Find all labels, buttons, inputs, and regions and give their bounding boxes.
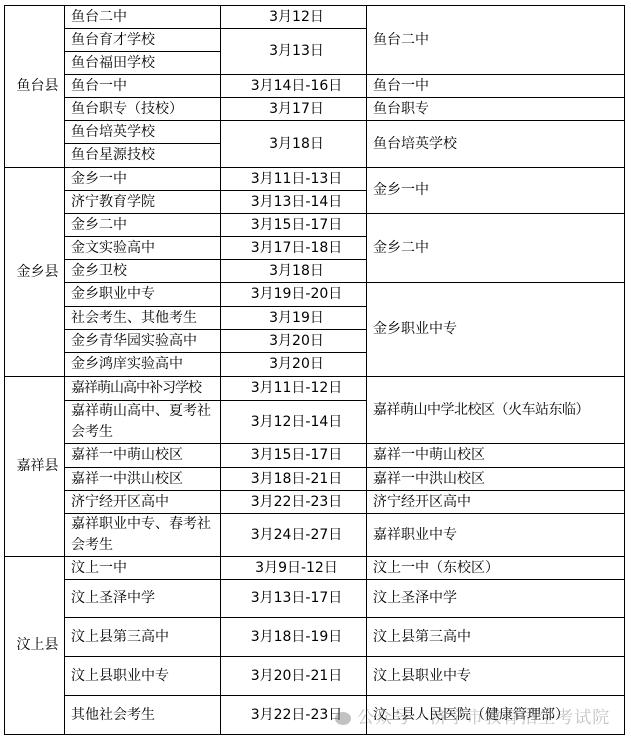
school-cell: 鱼台星源技校 <box>65 144 221 168</box>
date-cell: 3月15日-17日 <box>221 214 367 237</box>
date-cell: 3月18日 <box>221 121 367 168</box>
date-cell: 3月18日-21日 <box>221 468 367 491</box>
site-cell: 嘉祥萌山中学北校区（火车站东临） <box>367 377 625 444</box>
table-row: 鱼台一中 3月14日-16日 鱼台一中 <box>5 75 625 98</box>
watermark: 公众号 · 济宁市教育招生考试院 <box>335 703 610 728</box>
date-cell: 3月24日-27日 <box>221 514 367 557</box>
site-cell: 嘉祥一中洪山校区 <box>367 468 625 491</box>
site-cell: 鱼台一中 <box>367 75 625 98</box>
school-cell: 济宁教育学院 <box>65 191 221 214</box>
date-cell: 3月14日-16日 <box>221 75 367 98</box>
school-cell: 汶上县职业中专 <box>65 657 221 696</box>
school-cell: 嘉祥职业中专、春考社会考生 <box>65 514 221 557</box>
school-cell: 金乡卫校 <box>65 260 221 283</box>
site-cell: 汶上县职业中专 <box>367 657 625 696</box>
table-row: 嘉祥一中洪山校区 3月18日-21日 嘉祥一中洪山校区 <box>5 468 625 491</box>
site-cell: 嘉祥职业中专 <box>367 514 625 557</box>
site-cell: 金乡二中 <box>367 214 625 283</box>
watermark-text: 公众号 · 济宁市教育招生考试院 <box>357 708 610 728</box>
school-cell: 金乡职业中专 <box>65 283 221 307</box>
date-cell: 3月13日 <box>221 29 367 75</box>
school-cell: 济宁经开区高中 <box>65 491 221 514</box>
school-cell: 汶上一中 <box>65 557 221 580</box>
date-cell: 3月19日 <box>221 307 367 330</box>
school-cell: 汶上县第三高中 <box>65 618 221 657</box>
table-row: 嘉祥一中萌山校区 3月15日-17日 嘉祥一中萌山校区 <box>5 444 625 468</box>
school-cell: 金文实验高中 <box>65 237 221 260</box>
school-cell: 其他社会考生 <box>65 696 221 735</box>
school-cell: 嘉祥一中洪山校区 <box>65 468 221 491</box>
table-row: 济宁经开区高中 3月22日-23日 济宁经开区高中 <box>5 491 625 514</box>
school-cell: 金乡青华园实验高中 <box>65 330 221 353</box>
table-row: 嘉祥县 嘉祥萌山高中补习学校 3月11日-12日 嘉祥萌山中学北校区（火车站东临… <box>5 377 625 401</box>
date-cell: 3月20日 <box>221 353 367 377</box>
site-cell: 鱼台职专 <box>367 98 625 121</box>
school-cell: 金乡鸿庠实验高中 <box>65 353 221 377</box>
date-cell: 3月12日 <box>221 6 367 29</box>
site-cell: 汶上圣泽中学 <box>367 580 625 618</box>
table-row: 鱼台培英学校 3月18日 鱼台培英学校 <box>5 121 625 144</box>
table-row: 嘉祥职业中专、春考社会考生 3月24日-27日 嘉祥职业中专 <box>5 514 625 557</box>
site-cell: 济宁经开区高中 <box>367 491 625 514</box>
wechat-icon <box>335 712 351 725</box>
school-cell: 社会考生、其他考生 <box>65 307 221 330</box>
school-cell: 鱼台福田学校 <box>65 52 221 75</box>
table-row: 鱼台职专（技校） 3月17日 鱼台职专 <box>5 98 625 121</box>
school-cell: 鱼台培英学校 <box>65 121 221 144</box>
school-cell: 金乡二中 <box>65 214 221 237</box>
date-cell: 3月12日-14日 <box>221 401 367 444</box>
table-row: 金乡二中 3月15日-17日 金乡二中 <box>5 214 625 237</box>
date-cell: 3月9日-12日 <box>221 557 367 580</box>
date-cell: 3月11日-13日 <box>221 168 367 191</box>
school-cell: 汶上圣泽中学 <box>65 580 221 618</box>
school-cell: 鱼台育才学校 <box>65 29 221 52</box>
table-row: 金乡县 金乡一中 3月11日-13日 金乡一中 <box>5 168 625 191</box>
date-cell: 3月18日-19日 <box>221 618 367 657</box>
date-cell: 3月15日-17日 <box>221 444 367 468</box>
site-cell: 鱼台二中 <box>367 6 625 75</box>
date-cell: 3月11日-12日 <box>221 377 367 401</box>
site-cell: 鱼台培英学校 <box>367 121 625 168</box>
school-cell: 金乡一中 <box>65 168 221 191</box>
table-row: 汶上县职业中专 3月20日-21日 汶上县职业中专 <box>5 657 625 696</box>
site-cell: 汶上县第三高中 <box>367 618 625 657</box>
school-cell: 嘉祥一中萌山校区 <box>65 444 221 468</box>
school-cell: 鱼台一中 <box>65 75 221 98</box>
table-row: 汶上县 汶上一中 3月9日-12日 汶上一中（东校区） <box>5 557 625 580</box>
site-cell: 金乡职业中专 <box>367 283 625 377</box>
table-row: 汶上圣泽中学 3月13日-17日 汶上圣泽中学 <box>5 580 625 618</box>
table-row: 金乡职业中专 3月19日-20日 金乡职业中专 <box>5 283 625 307</box>
date-cell: 3月20日-21日 <box>221 657 367 696</box>
date-cell: 3月17日 <box>221 98 367 121</box>
county-cell: 金乡县 <box>5 168 65 377</box>
site-cell: 汶上一中（东校区） <box>367 557 625 580</box>
date-cell: 3月13日-14日 <box>221 191 367 214</box>
school-cell: 鱼台职专（技校） <box>65 98 221 121</box>
school-cell: 嘉祥萌山高中补习学校 <box>65 377 221 401</box>
date-cell: 3月19日-20日 <box>221 283 367 307</box>
school-cell: 鱼台二中 <box>65 6 221 29</box>
date-cell: 3月13日-17日 <box>221 580 367 618</box>
school-cell: 嘉祥萌山高中、夏考社会考生 <box>65 401 221 444</box>
date-cell: 3月17日-18日 <box>221 237 367 260</box>
table-row: 鱼台县 鱼台二中 3月12日 鱼台二中 <box>5 6 625 29</box>
table-row: 汶上县第三高中 3月18日-19日 汶上县第三高中 <box>5 618 625 657</box>
date-cell: 3月22日-23日 <box>221 491 367 514</box>
county-cell: 嘉祥县 <box>5 377 65 557</box>
county-cell: 鱼台县 <box>5 6 65 168</box>
date-cell: 3月20日 <box>221 330 367 353</box>
date-cell: 3月18日 <box>221 260 367 283</box>
exam-schedule-table: 鱼台县 鱼台二中 3月12日 鱼台二中 鱼台育才学校 3月13日 鱼台福田学校 … <box>4 5 625 735</box>
site-cell: 嘉祥一中萌山校区 <box>367 444 625 468</box>
site-cell: 金乡一中 <box>367 168 625 214</box>
county-cell: 汶上县 <box>5 557 65 735</box>
